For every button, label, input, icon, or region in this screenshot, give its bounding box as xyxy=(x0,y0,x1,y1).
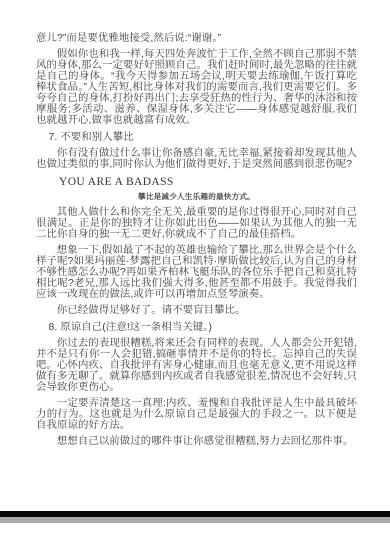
paragraph-continuation: 意儿?”而是要优雅地接受,然后说:“谢谢。” xyxy=(36,33,357,44)
paragraph: 其他人做什么和你完全无关,最重要的是你过得很开心,同时对自己很满足。正是你的独特… xyxy=(36,207,357,240)
section-heading-7: 7. 不要和别人攀比 xyxy=(36,132,357,143)
page-text: 意儿?”而是要优雅地接受,然后说:“谢谢。” 假如你也和我一样,每天四处奔波忙于… xyxy=(36,33,357,447)
paragraph: 你有没有做过什么事让你备感自豪,无比幸福,紧接着却发现其他人也做过类似的事,同时… xyxy=(36,148,357,170)
paragraph: 一定要弄清楚这一真理:内疚、羞愧和自我批评是人生中最具破坏力的行为。这也就是为什… xyxy=(36,398,357,431)
paragraph: 假如你也和我一样,每天四处奔波忙于工作,全然不顾自己那弱不禁风的身体,那么一定要… xyxy=(36,49,357,126)
book-title: YOU ARE A BADASS xyxy=(36,177,357,188)
paragraph: 你已经做得足够好了。请不要盲目攀比。 xyxy=(36,305,357,316)
paragraph: 想象一下,假如最了不起的英雄也输给了攀比,那么世界会是个什么样子呢?如果玛丽莲·… xyxy=(36,245,357,300)
section-heading-8: 8. 原谅自己(注意!这一条相当关键。) xyxy=(36,322,357,333)
paragraph: 你过去的表现很糟糕,将来还会有同样的表现。人人都会公开犯错,并不是只有你一人会犯… xyxy=(36,338,357,393)
paragraph: 想想自己以前做过的哪件事让你感觉很糟糕,努力去回忆那件事。 xyxy=(36,436,357,447)
footer-progress-bar xyxy=(0,517,390,523)
book-page: 意儿?”而是要优雅地接受,然后说:“谢谢。” 假如你也和我一样,每天四处奔波忙于… xyxy=(0,0,390,546)
quote-caption: 攀比是减少人生乐趣的最快方式。 xyxy=(36,191,357,202)
